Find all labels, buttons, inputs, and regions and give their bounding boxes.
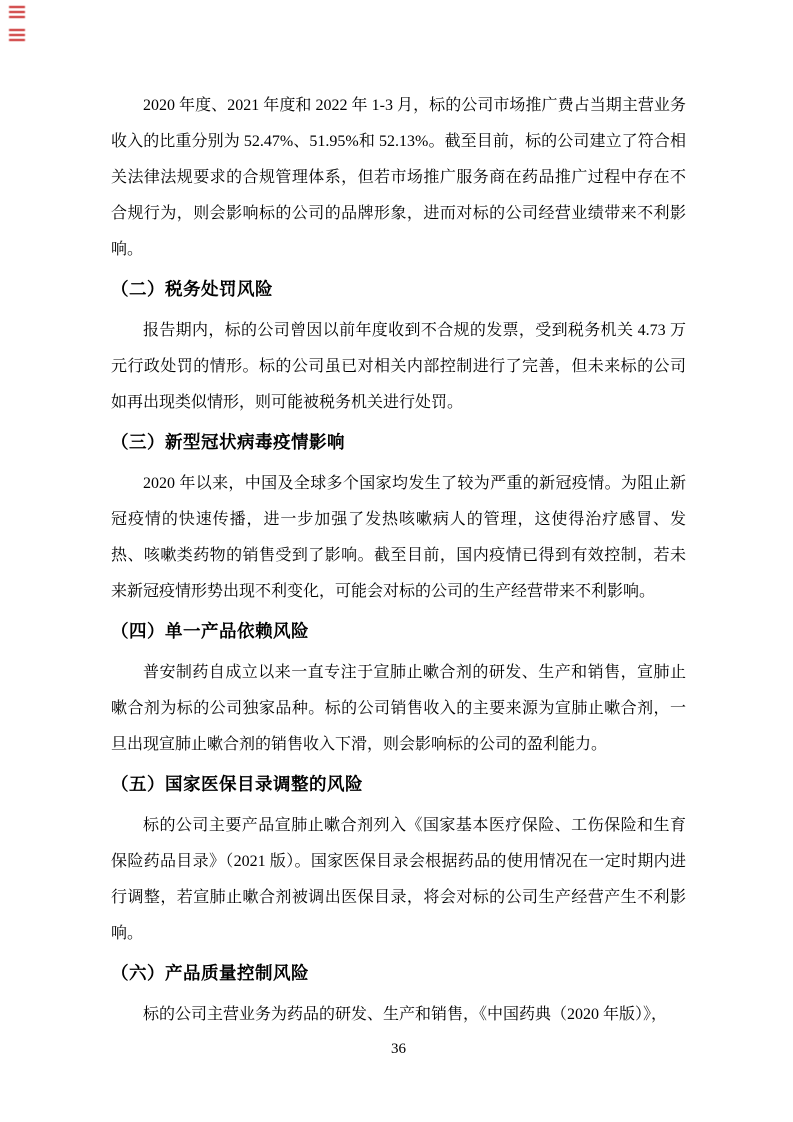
section-paragraph-tax-penalty-risk: 报告期内，标的公司曾因以前年度收到不合规的发票，受到税务机关 4.73 万元行政… [111,313,686,421]
section-paragraph-medical-insurance-catalog-risk: 标的公司主要产品宣肺止嗽合剂列入《国家基本医疗保险、工伤保险和生育保险药品目录》… [111,808,686,952]
section-paragraph-product-quality-control-risk: 标的公司主营业务为药品的研发、生产和销售，《中国药典（2020 年版）》， [111,997,686,1033]
section-paragraph-covid-impact: 2020 年以来，中国及全球多个国家均发生了较为严重的新冠疫情。为阻止新冠疫情的… [111,466,686,610]
section-heading-medical-insurance-catalog-risk: （五）国家医保目录调整的风险 [111,771,686,797]
section-heading-tax-penalty-risk: （二）税务处罚风险 [111,276,686,302]
red-mark-icon [9,29,25,44]
section-heading-single-product-dependency-risk: （四）单一产品依赖风险 [111,618,686,644]
section-heading-covid-impact: （三）新型冠状病毒疫情影响 [111,429,686,455]
red-mark-icon [9,6,25,21]
page-number: 36 [111,1039,686,1059]
section-paragraph-single-product-dependency-risk: 普安制药自成立以来一直专注于宣肺止嗽合剂的研发、生产和销售，宣肺止嗽合剂为标的公… [111,655,686,763]
document-page: 2020 年度、2021 年度和 2022 年 1-3 月，标的公司市场推广费占… [0,0,793,1122]
page-content: 2020 年度、2021 年度和 2022 年 1-3 月，标的公司市场推广费占… [111,88,686,1059]
corner-annotation-marks [9,6,31,54]
intro-paragraph: 2020 年度、2021 年度和 2022 年 1-3 月，标的公司市场推广费占… [111,88,686,268]
section-heading-product-quality-control-risk: （六）产品质量控制风险 [111,960,686,986]
